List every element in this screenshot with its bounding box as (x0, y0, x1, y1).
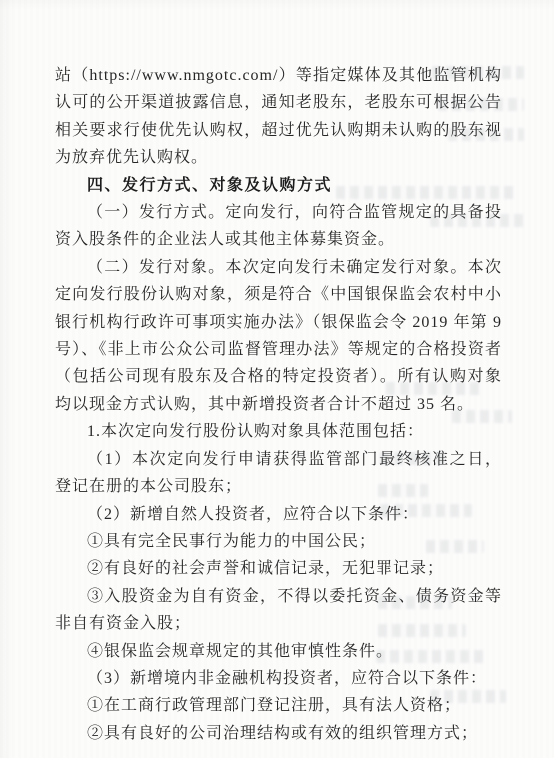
clause-own-funds: ③入股资金为自有资金，不得以委托资金、债务资金等非自有资金入股； (55, 583, 502, 638)
clause-governance-structure: ②具有良好的公司治理结构或有效的组织管理方式； (55, 720, 502, 747)
document-text-block: 站（https://www.nmgotc.com/）等指定媒体及其他监管机构认可… (55, 62, 502, 747)
clause-nonfinancial-institutions: （3）新增境内非金融机构投资者，应符合以下条件： (55, 665, 502, 692)
clause-registered-shareholders: （1）本次定向发行申请获得监管部门最终核准之日，登记在册的本公司股东； (55, 446, 502, 501)
clause-good-reputation: ②有良好的社会声誉和诚信记录，无犯罪记录； (55, 555, 502, 582)
clause-legal-person-status: ①在工商行政管理部门登记注册，具有法人资格； (55, 692, 502, 719)
clause-issuance-method: （一）发行方式。定向发行，向符合监管规定的具备投资入股条件的企业法人或其他主体募… (55, 199, 502, 254)
clause-subscriber-scope: 1.本次定向发行股份认购对象具体范围包括： (55, 418, 502, 445)
clause-prudential-conditions: ④银保监会规章规定的其他审慎性条件。 (55, 638, 502, 665)
paragraph-continuation: 站（https://www.nmgotc.com/）等指定媒体及其他监管机构认可… (55, 62, 502, 172)
clause-issuance-targets: （二）发行对象。本次定向发行未确定发行对象。本次定向发行股份认购对象，须是符合《… (55, 254, 502, 418)
clause-natural-person-investors: （2）新增自然人投资者，应符合以下条件： (55, 501, 502, 528)
clause-civil-capacity: ①具有完全民事行为能力的中国公民； (55, 528, 502, 555)
scanned-document-page: 站（https://www.nmgotc.com/）等指定媒体及其他监管机构认可… (0, 0, 554, 758)
section-heading: 四、发行方式、对象及认购方式 (55, 172, 502, 199)
